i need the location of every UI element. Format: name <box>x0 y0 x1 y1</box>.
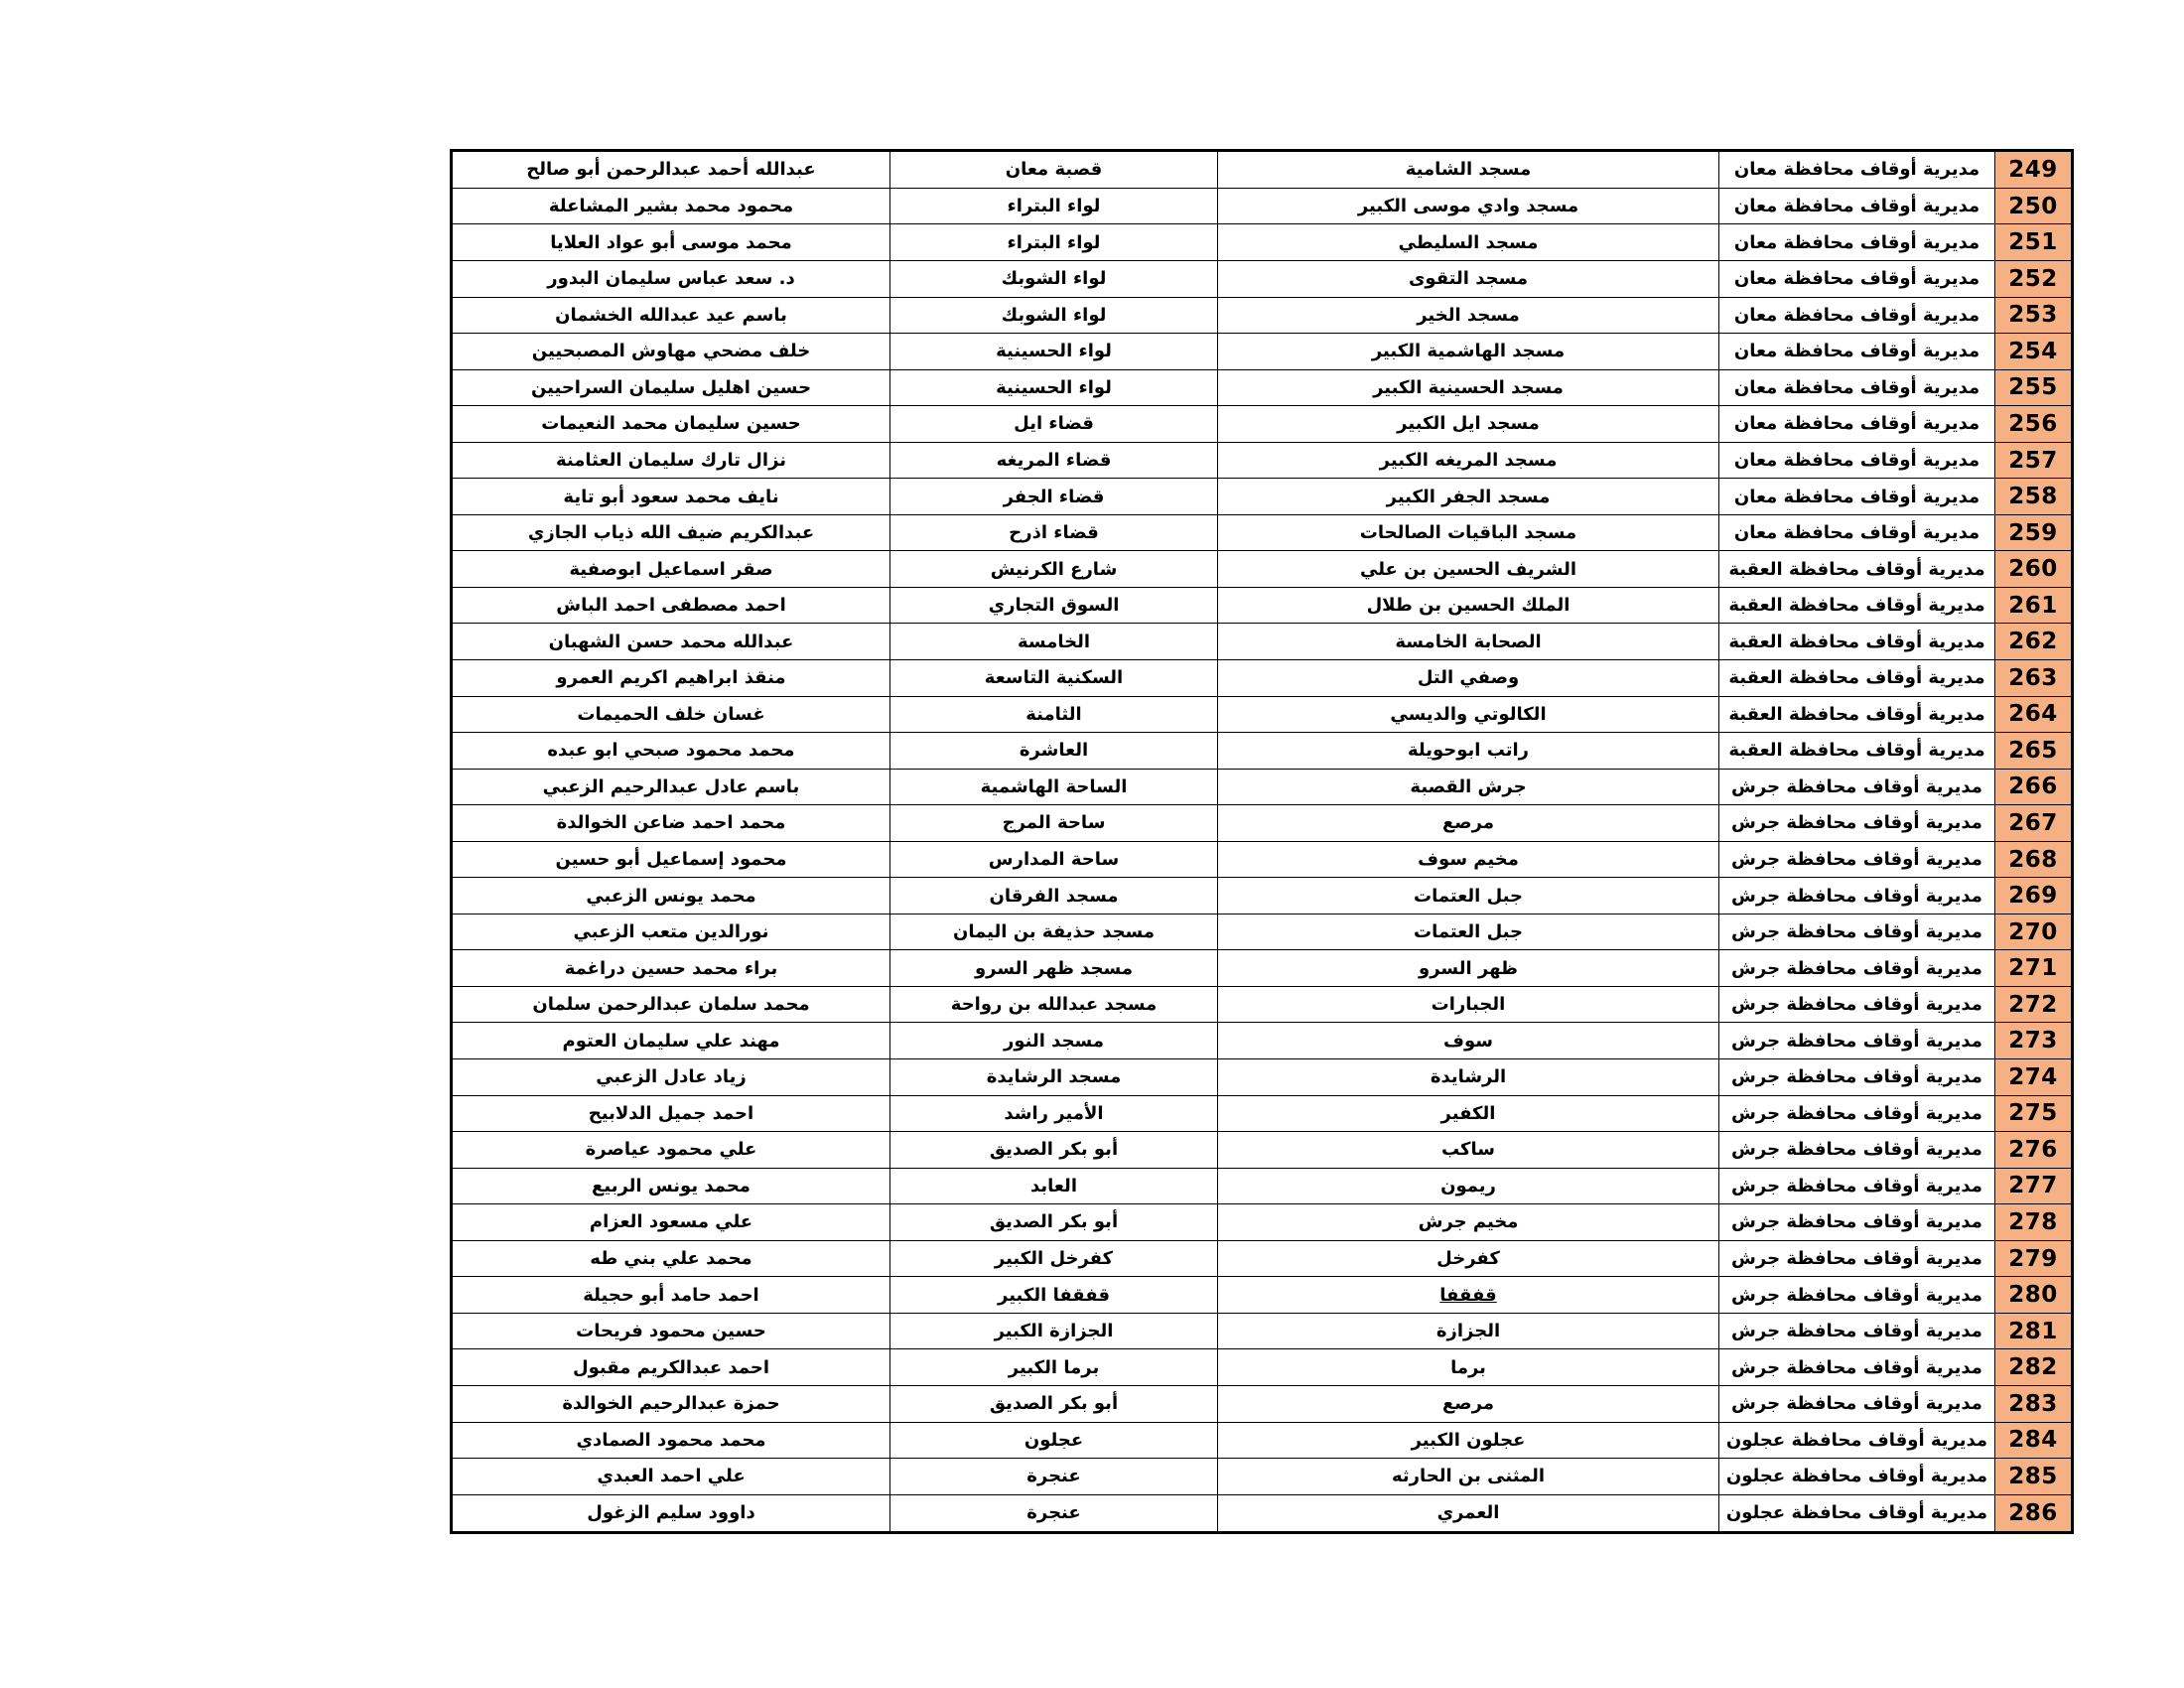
document-page: 249 مديرية أوقاف محافظة معان مسجد الشامي… <box>0 0 2184 1688</box>
directorate-cell: مديرية أوقاف محافظة عجلون <box>1719 1422 1995 1459</box>
location-cell: مسجد ظهر السرو <box>890 950 1218 987</box>
imam-name-cell: محمد محمود صبحي ابو عبده <box>452 733 890 770</box>
mosque-imams-table: 249 مديرية أوقاف محافظة معان مسجد الشامي… <box>450 149 2074 1534</box>
table-row: 252 مديرية أوقاف محافظة معان مسجد التقوى… <box>452 261 2073 298</box>
mosque-cell: راتب ابوحويلة <box>1218 733 1719 770</box>
location-cell: الخامسة <box>890 624 1218 660</box>
row-number-cell: 266 <box>1995 769 2073 805</box>
directorate-cell: مديرية أوقاف محافظة جرش <box>1719 1095 1995 1132</box>
table-row: 281 مديرية أوقاف محافظة جرش الجزازة الجز… <box>452 1313 2073 1349</box>
table-body: 249 مديرية أوقاف محافظة معان مسجد الشامي… <box>452 151 2073 1533</box>
row-number-cell: 254 <box>1995 334 2073 370</box>
location-cell: عجلون <box>890 1422 1218 1459</box>
directorate-cell: مديرية أوقاف محافظة جرش <box>1719 1059 1995 1096</box>
row-number-cell: 265 <box>1995 733 2073 770</box>
table-row: 269 مديرية أوقاف محافظة جرش جبل العتمات … <box>452 878 2073 914</box>
mosque-cell: العمري <box>1218 1494 1719 1532</box>
mosque-cell: جرش القصبة <box>1218 769 1719 805</box>
location-cell: العاشرة <box>890 733 1218 770</box>
location-cell: لواء الشوبك <box>890 261 1218 298</box>
row-number-cell: 276 <box>1995 1132 2073 1169</box>
location-cell: لواء الحسينية <box>890 369 1218 406</box>
imam-name-cell: حسين محمود فريحات <box>452 1313 890 1349</box>
table-row: 257 مديرية أوقاف محافظة معان مسجد المريغ… <box>452 442 2073 479</box>
row-number-cell: 255 <box>1995 369 2073 406</box>
table-row: 254 مديرية أوقاف محافظة معان مسجد الهاشم… <box>452 334 2073 370</box>
location-cell: ساحة المدارس <box>890 841 1218 878</box>
table-row: 263 مديرية أوقاف محافظة العقبة وصفي التل… <box>452 660 2073 697</box>
row-number-cell: 270 <box>1995 914 2073 950</box>
directorate-cell: مديرية أوقاف محافظة جرش <box>1719 1313 1995 1349</box>
table-row: 256 مديرية أوقاف محافظة معان مسجد ايل ال… <box>452 406 2073 443</box>
table-row: 267 مديرية أوقاف محافظة جرش مرصع ساحة ال… <box>452 805 2073 842</box>
directorate-cell: مديرية أوقاف محافظة جرش <box>1719 1349 1995 1386</box>
directorate-cell: مديرية أوقاف محافظة معان <box>1719 514 1995 551</box>
mosque-cell: برما <box>1218 1349 1719 1386</box>
mosque-cell: مسجد الخير <box>1218 297 1719 334</box>
mosque-cell: الجزازة <box>1218 1313 1719 1349</box>
mosque-cell: مسجد الجفر الكبير <box>1218 479 1719 515</box>
table-row: 261 مديرية أوقاف محافظة العقبة الملك الح… <box>452 587 2073 624</box>
location-cell: قضاء ايل <box>890 406 1218 443</box>
imam-name-cell: براء محمد حسين دراغمة <box>452 950 890 987</box>
table-row: 284 مديرية أوقاف محافظة عجلون عجلون الكب… <box>452 1422 2073 1459</box>
imam-name-cell: محمد موسى أبو عواد العلايا <box>452 224 890 261</box>
table-row: 272 مديرية أوقاف محافظة جرش الجبارات مسج… <box>452 986 2073 1023</box>
row-number-cell: 262 <box>1995 624 2073 660</box>
table-row: 258 مديرية أوقاف محافظة معان مسجد الجفر … <box>452 479 2073 515</box>
table-row: 282 مديرية أوقاف محافظة جرش برما برما ال… <box>452 1349 2073 1386</box>
imam-name-cell: احمد جميل الدلابيح <box>452 1095 890 1132</box>
mosque-cell: كفرخل <box>1218 1240 1719 1277</box>
mosque-cell: جبل العتمات <box>1218 914 1719 950</box>
table-row: 275 مديرية أوقاف محافظة جرش الكفير الأمي… <box>452 1095 2073 1132</box>
imam-name-cell: محمد علي بني طه <box>452 1240 890 1277</box>
imam-name-cell: صقر اسماعيل ابوصفية <box>452 551 890 588</box>
row-number-cell: 283 <box>1995 1385 2073 1422</box>
location-cell: السكنية التاسعة <box>890 660 1218 697</box>
directorate-cell: مديرية أوقاف محافظة عجلون <box>1719 1459 1995 1495</box>
row-number-cell: 253 <box>1995 297 2073 334</box>
location-cell: قضاء المريغه <box>890 442 1218 479</box>
directorate-cell: مديرية أوقاف محافظة العقبة <box>1719 587 1995 624</box>
directorate-cell: مديرية أوقاف محافظة عجلون <box>1719 1494 1995 1532</box>
row-number-cell: 252 <box>1995 261 2073 298</box>
imam-name-cell: احمد حامد أبو حجيلة <box>452 1277 890 1314</box>
directorate-cell: مديرية أوقاف محافظة جرش <box>1719 1277 1995 1314</box>
table-row: 264 مديرية أوقاف محافظة العقبة الكالوتي … <box>452 696 2073 733</box>
directorate-cell: مديرية أوقاف محافظة جرش <box>1719 1132 1995 1169</box>
directorate-cell: مديرية أوقاف محافظة معان <box>1719 261 1995 298</box>
mosque-cell: مسجد الحسينية الكبير <box>1218 369 1719 406</box>
imam-name-cell: علي محمود عياصرة <box>452 1132 890 1169</box>
mosque-cell: مرصع <box>1218 1385 1719 1422</box>
directorate-cell: مديرية أوقاف محافظة جرش <box>1719 841 1995 878</box>
location-cell: قصبة معان <box>890 151 1218 189</box>
mosque-cell: الكفير <box>1218 1095 1719 1132</box>
mosque-cell: الرشايدة <box>1218 1059 1719 1096</box>
location-cell: لواء الحسينية <box>890 334 1218 370</box>
directorate-cell: مديرية أوقاف محافظة العقبة <box>1719 733 1995 770</box>
location-cell: قضاء الجفر <box>890 479 1218 515</box>
location-cell: قضاء اذرح <box>890 514 1218 551</box>
location-cell: السوق التجاري <box>890 587 1218 624</box>
directorate-cell: مديرية أوقاف محافظة معان <box>1719 188 1995 224</box>
location-cell: الجزازة الكبير <box>890 1313 1218 1349</box>
imam-name-cell: نزال تارك سليمان العثامنة <box>452 442 890 479</box>
location-cell: أبو بكر الصديق <box>890 1385 1218 1422</box>
table-row: 251 مديرية أوقاف محافظة معان مسجد السليط… <box>452 224 2073 261</box>
location-cell: لواء الشوبك <box>890 297 1218 334</box>
directorate-cell: مديرية أوقاف محافظة جرش <box>1719 986 1995 1023</box>
mosque-cell: الشريف الحسين بن علي <box>1218 551 1719 588</box>
directorate-cell: مديرية أوقاف محافظة جرش <box>1719 914 1995 950</box>
directorate-cell: مديرية أوقاف محافظة معان <box>1719 224 1995 261</box>
imam-name-cell: حسين اهليل سليمان السراحيين <box>452 369 890 406</box>
table-row: 262 مديرية أوقاف محافظة العقبة الصحابة ا… <box>452 624 2073 660</box>
mosque-cell: مخيم سوف <box>1218 841 1719 878</box>
mosque-cell: عجلون الكبير <box>1218 1422 1719 1459</box>
row-number-cell: 284 <box>1995 1422 2073 1459</box>
mosque-cell: مسجد الهاشمية الكبير <box>1218 334 1719 370</box>
mosque-cell: مرصع <box>1218 805 1719 842</box>
mosque-cell: جبل العتمات <box>1218 878 1719 914</box>
row-number-cell: 282 <box>1995 1349 2073 1386</box>
table-row: 280 مديرية أوقاف محافظة جرش قفقفا قفقفا … <box>452 1277 2073 1314</box>
table-row: 259 مديرية أوقاف محافظة معان مسجد الباقي… <box>452 514 2073 551</box>
directorate-cell: مديرية أوقاف محافظة العقبة <box>1719 660 1995 697</box>
table-row: 279 مديرية أوقاف محافظة جرش كفرخل كفرخل … <box>452 1240 2073 1277</box>
row-number-cell: 250 <box>1995 188 2073 224</box>
imam-name-cell: زياد عادل الزعبي <box>452 1059 890 1096</box>
row-number-cell: 279 <box>1995 1240 2073 1277</box>
table-row: 268 مديرية أوقاف محافظة جرش مخيم سوف ساح… <box>452 841 2073 878</box>
location-cell: الثامنة <box>890 696 1218 733</box>
row-number-cell: 261 <box>1995 587 2073 624</box>
directorate-cell: مديرية أوقاف محافظة معان <box>1719 334 1995 370</box>
table-row: 266 مديرية أوقاف محافظة جرش جرش القصبة ا… <box>452 769 2073 805</box>
table-row: 286 مديرية أوقاف محافظة عجلون العمري عنج… <box>452 1494 2073 1532</box>
row-number-cell: 267 <box>1995 805 2073 842</box>
row-number-cell: 269 <box>1995 878 2073 914</box>
table-row: 283 مديرية أوقاف محافظة جرش مرصع أبو بكر… <box>452 1385 2073 1422</box>
directorate-cell: مديرية أوقاف محافظة معان <box>1719 406 1995 443</box>
imam-name-cell: باسم عيد عبدالله الخشمان <box>452 297 890 334</box>
location-cell: أبو بكر الصديق <box>890 1204 1218 1241</box>
directorate-cell: مديرية أوقاف محافظة العقبة <box>1719 551 1995 588</box>
row-number-cell: 278 <box>1995 1204 2073 1241</box>
row-number-cell: 273 <box>1995 1023 2073 1059</box>
location-cell: لواء البتراء <box>890 224 1218 261</box>
mosque-cell: ساكب <box>1218 1132 1719 1169</box>
imam-name-cell: محمود إسماعيل أبو حسين <box>452 841 890 878</box>
row-number-cell: 277 <box>1995 1168 2073 1204</box>
mosque-cell: الصحابة الخامسة <box>1218 624 1719 660</box>
directorate-cell: مديرية أوقاف محافظة العقبة <box>1719 696 1995 733</box>
row-number-cell: 268 <box>1995 841 2073 878</box>
table-row: 277 مديرية أوقاف محافظة جرش ريمون العابد… <box>452 1168 2073 1204</box>
directorate-cell: مديرية أوقاف محافظة معان <box>1719 369 1995 406</box>
imam-name-cell: حمزة عبدالرحيم الخوالدة <box>452 1385 890 1422</box>
location-cell: عنجرة <box>890 1459 1218 1495</box>
directorate-cell: مديرية أوقاف محافظة جرش <box>1719 1204 1995 1241</box>
imam-name-cell: منقذ ابراهيم اكريم العمرو <box>452 660 890 697</box>
row-number-cell: 280 <box>1995 1277 2073 1314</box>
directorate-cell: مديرية أوقاف محافظة جرش <box>1719 769 1995 805</box>
mosque-cell: مسجد ايل الكبير <box>1218 406 1719 443</box>
imam-name-cell: د. سعد عباس سليمان البدور <box>452 261 890 298</box>
imam-name-cell: احمد عبدالكريم مقبول <box>452 1349 890 1386</box>
row-number-cell: 264 <box>1995 696 2073 733</box>
directorate-cell: مديرية أوقاف محافظة جرش <box>1719 878 1995 914</box>
location-cell: العابد <box>890 1168 1218 1204</box>
table-row: 278 مديرية أوقاف محافظة جرش مخيم جرش أبو… <box>452 1204 2073 1241</box>
location-cell: أبو بكر الصديق <box>890 1132 1218 1169</box>
location-cell: كفرخل الكبير <box>890 1240 1218 1277</box>
directorate-cell: مديرية أوقاف محافظة معان <box>1719 297 1995 334</box>
imam-name-cell: داوود سليم الزغول <box>452 1494 890 1532</box>
table-row: 271 مديرية أوقاف محافظة جرش ظهر السرو مس… <box>452 950 2073 987</box>
imam-name-cell: خلف مضحي مهاوش المصبحيين <box>452 334 890 370</box>
row-number-cell: 263 <box>1995 660 2073 697</box>
mosque-cell: مسجد وادي موسى الكبير <box>1218 188 1719 224</box>
imam-name-cell: محمد احمد ضاعن الخوالدة <box>452 805 890 842</box>
mosque-cell: وصفي التل <box>1218 660 1719 697</box>
table-row: 273 مديرية أوقاف محافظة جرش سوف مسجد الن… <box>452 1023 2073 1059</box>
imam-name-cell: نايف محمد سعود أبو تاية <box>452 479 890 515</box>
imam-name-cell: نورالدين متعب الزعبي <box>452 914 890 950</box>
mosque-cell: مخيم جرش <box>1218 1204 1719 1241</box>
table-row: 250 مديرية أوقاف محافظة معان مسجد وادي م… <box>452 188 2073 224</box>
location-cell: شارع الكرنيش <box>890 551 1218 588</box>
imam-name-cell: محمد سلمان عبدالرحمن سلمان <box>452 986 890 1023</box>
row-number-cell: 271 <box>1995 950 2073 987</box>
mosque-cell: الملك الحسين بن طلال <box>1218 587 1719 624</box>
imam-name-cell: محمود محمد بشير المشاعلة <box>452 188 890 224</box>
table-row: 276 مديرية أوقاف محافظة جرش ساكب أبو بكر… <box>452 1132 2073 1169</box>
mosque-cell: مسجد المريغه الكبير <box>1218 442 1719 479</box>
table-row: 249 مديرية أوقاف محافظة معان مسجد الشامي… <box>452 151 2073 189</box>
table-row: 265 مديرية أوقاف محافظة العقبة راتب ابوح… <box>452 733 2073 770</box>
directorate-cell: مديرية أوقاف محافظة معان <box>1719 479 1995 515</box>
mosque-cell: مسجد التقوى <box>1218 261 1719 298</box>
directorate-cell: مديرية أوقاف محافظة معان <box>1719 442 1995 479</box>
imam-name-cell: عبدالله محمد حسن الشهبان <box>452 624 890 660</box>
directorate-cell: مديرية أوقاف محافظة جرش <box>1719 805 1995 842</box>
directorate-cell: مديرية أوقاف محافظة جرش <box>1719 1240 1995 1277</box>
directorate-cell: مديرية أوقاف محافظة جرش <box>1719 1168 1995 1204</box>
row-number-cell: 285 <box>1995 1459 2073 1495</box>
location-cell: مسجد النور <box>890 1023 1218 1059</box>
location-cell: الساحة الهاشمية <box>890 769 1218 805</box>
table-row: 255 مديرية أوقاف محافظة معان مسجد الحسين… <box>452 369 2073 406</box>
row-number-cell: 251 <box>1995 224 2073 261</box>
mosque-cell: مسجد الشامية <box>1218 151 1719 189</box>
row-number-cell: 274 <box>1995 1059 2073 1096</box>
mosque-cell: ظهر السرو <box>1218 950 1719 987</box>
imam-name-cell: عبدالكريم ضيف الله ذياب الجازي <box>452 514 890 551</box>
table-row: 285 مديرية أوقاف محافظة عجلون المثنى بن … <box>452 1459 2073 1495</box>
location-cell: مسجد عبدالله بن رواحة <box>890 986 1218 1023</box>
location-cell: عنجرة <box>890 1494 1218 1532</box>
imam-name-cell: حسين سليمان محمد النعيمات <box>452 406 890 443</box>
table-row: 260 مديرية أوقاف محافظة العقبة الشريف ال… <box>452 551 2073 588</box>
location-cell: الأمير راشد <box>890 1095 1218 1132</box>
location-cell: مسجد حذيفة بن اليمان <box>890 914 1218 950</box>
row-number-cell: 259 <box>1995 514 2073 551</box>
mosque-cell: مسجد السليطي <box>1218 224 1719 261</box>
row-number-cell: 272 <box>1995 986 2073 1023</box>
location-cell: ساحة المرج <box>890 805 1218 842</box>
mosque-cell: قفقفا <box>1218 1277 1719 1314</box>
imam-name-cell: محمد يونس الزعبي <box>452 878 890 914</box>
directorate-cell: مديرية أوقاف محافظة جرش <box>1719 1023 1995 1059</box>
mosque-cell: الجبارات <box>1218 986 1719 1023</box>
imam-name-cell: مهند علي سليمان العتوم <box>452 1023 890 1059</box>
imam-name-cell: محمد يونس الربيع <box>452 1168 890 1204</box>
imam-name-cell: غسان خلف الحميمات <box>452 696 890 733</box>
imam-name-cell: عبدالله أحمد عبدالرحمن أبو صالح <box>452 151 890 189</box>
mosque-cell: مسجد الباقيات الصالحات <box>1218 514 1719 551</box>
row-number-cell: 260 <box>1995 551 2073 588</box>
row-number-cell: 256 <box>1995 406 2073 443</box>
row-number-cell: 258 <box>1995 479 2073 515</box>
table-row: 274 مديرية أوقاف محافظة جرش الرشايدة مسج… <box>452 1059 2073 1096</box>
directorate-cell: مديرية أوقاف محافظة جرش <box>1719 1385 1995 1422</box>
mosque-cell: الكالوتي والديسي <box>1218 696 1719 733</box>
row-number-cell: 249 <box>1995 151 2073 189</box>
imam-name-cell: احمد مصطفى احمد الباش <box>452 587 890 624</box>
imam-name-cell: محمد محمود الصمادي <box>452 1422 890 1459</box>
location-cell: لواء البتراء <box>890 188 1218 224</box>
table-row: 253 مديرية أوقاف محافظة معان مسجد الخير … <box>452 297 2073 334</box>
imam-name-cell: باسم عادل عبدالرحيم الزعبي <box>452 769 890 805</box>
mosque-cell: المثنى بن الحارثه <box>1218 1459 1719 1495</box>
directorate-cell: مديرية أوقاف محافظة العقبة <box>1719 624 1995 660</box>
location-cell: قفقفا الكبير <box>890 1277 1218 1314</box>
location-cell: مسجد الفرقان <box>890 878 1218 914</box>
location-cell: برما الكبير <box>890 1349 1218 1386</box>
row-number-cell: 286 <box>1995 1494 2073 1532</box>
imam-name-cell: علي مسعود العزام <box>452 1204 890 1241</box>
directorate-cell: مديرية أوقاف محافظة جرش <box>1719 950 1995 987</box>
row-number-cell: 257 <box>1995 442 2073 479</box>
table-row: 270 مديرية أوقاف محافظة جرش جبل العتمات … <box>452 914 2073 950</box>
imam-name-cell: علي احمد العبدي <box>452 1459 890 1495</box>
row-number-cell: 281 <box>1995 1313 2073 1349</box>
row-number-cell: 275 <box>1995 1095 2073 1132</box>
mosque-cell: ريمون <box>1218 1168 1719 1204</box>
location-cell: مسجد الرشايدة <box>890 1059 1218 1096</box>
mosque-cell: سوف <box>1218 1023 1719 1059</box>
directorate-cell: مديرية أوقاف محافظة معان <box>1719 151 1995 189</box>
